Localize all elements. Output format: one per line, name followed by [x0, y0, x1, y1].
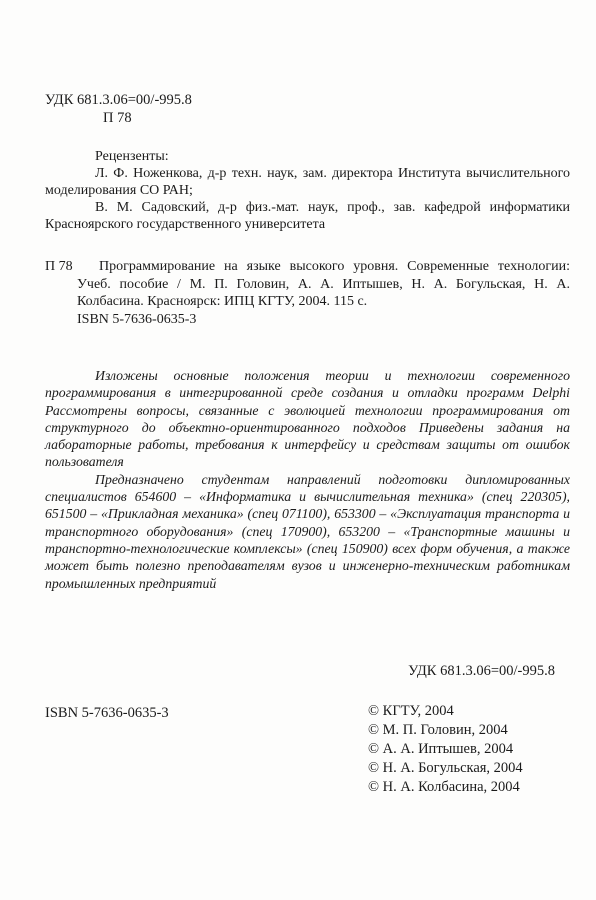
- catalog-isbn: ISBN 5-7636-0635-3: [45, 311, 570, 329]
- book-imprint-page: УДК 681.3.06=00/-995.8 П 78 Рецензенты: …: [0, 0, 596, 900]
- reviewer-entry: Л. Ф. Ноженкова, д-р техн. наук, зам. ди…: [45, 165, 570, 199]
- bbk-code: П 78: [45, 109, 192, 127]
- abstract-block: Изложены основные положения теории и тех…: [45, 367, 570, 592]
- reviewers-block: Рецензенты: Л. Ф. Ноженкова, д-р техн. н…: [45, 148, 570, 233]
- udk-bottom-code: УДК 681.3.06=00/-995.8: [408, 663, 555, 680]
- abstract-paragraph: Предназначено студентам направлений подг…: [45, 471, 570, 592]
- catalog-text: Программирование на языке высокого уровн…: [77, 259, 570, 309]
- isbn-footer: ISBN 5-7636-0635-3: [45, 704, 169, 723]
- udk-bbk-block: УДК 681.3.06=00/-995.8 П 78: [45, 91, 192, 127]
- copyright-line: © Н. А. Богульская, 2004: [368, 759, 523, 778]
- abstract-paragraph: Изложены основные положения теории и тех…: [45, 367, 570, 471]
- copyright-line: © КГТУ, 2004: [368, 702, 523, 721]
- copyright-line: © Н. А. Колбасина, 2004: [368, 778, 523, 797]
- catalog-entry-block: П 78 Программирование на языке высокого …: [45, 258, 570, 328]
- catalog-code: П 78: [45, 258, 73, 276]
- copyright-line: © М. П. Головин, 2004: [368, 721, 523, 740]
- copyright-list: © КГТУ, 2004 © М. П. Головин, 2004 © А. …: [368, 702, 523, 797]
- copyright-line: © А. А. Иптышев, 2004: [368, 740, 523, 759]
- catalog-entry: П 78 Программирование на языке высокого …: [45, 258, 570, 311]
- reviewers-heading: Рецензенты:: [45, 148, 570, 165]
- reviewer-entry: В. М. Садовский, д-р физ.-мат. наук, про…: [45, 199, 570, 233]
- udk-top-code: УДК 681.3.06=00/-995.8: [45, 92, 192, 108]
